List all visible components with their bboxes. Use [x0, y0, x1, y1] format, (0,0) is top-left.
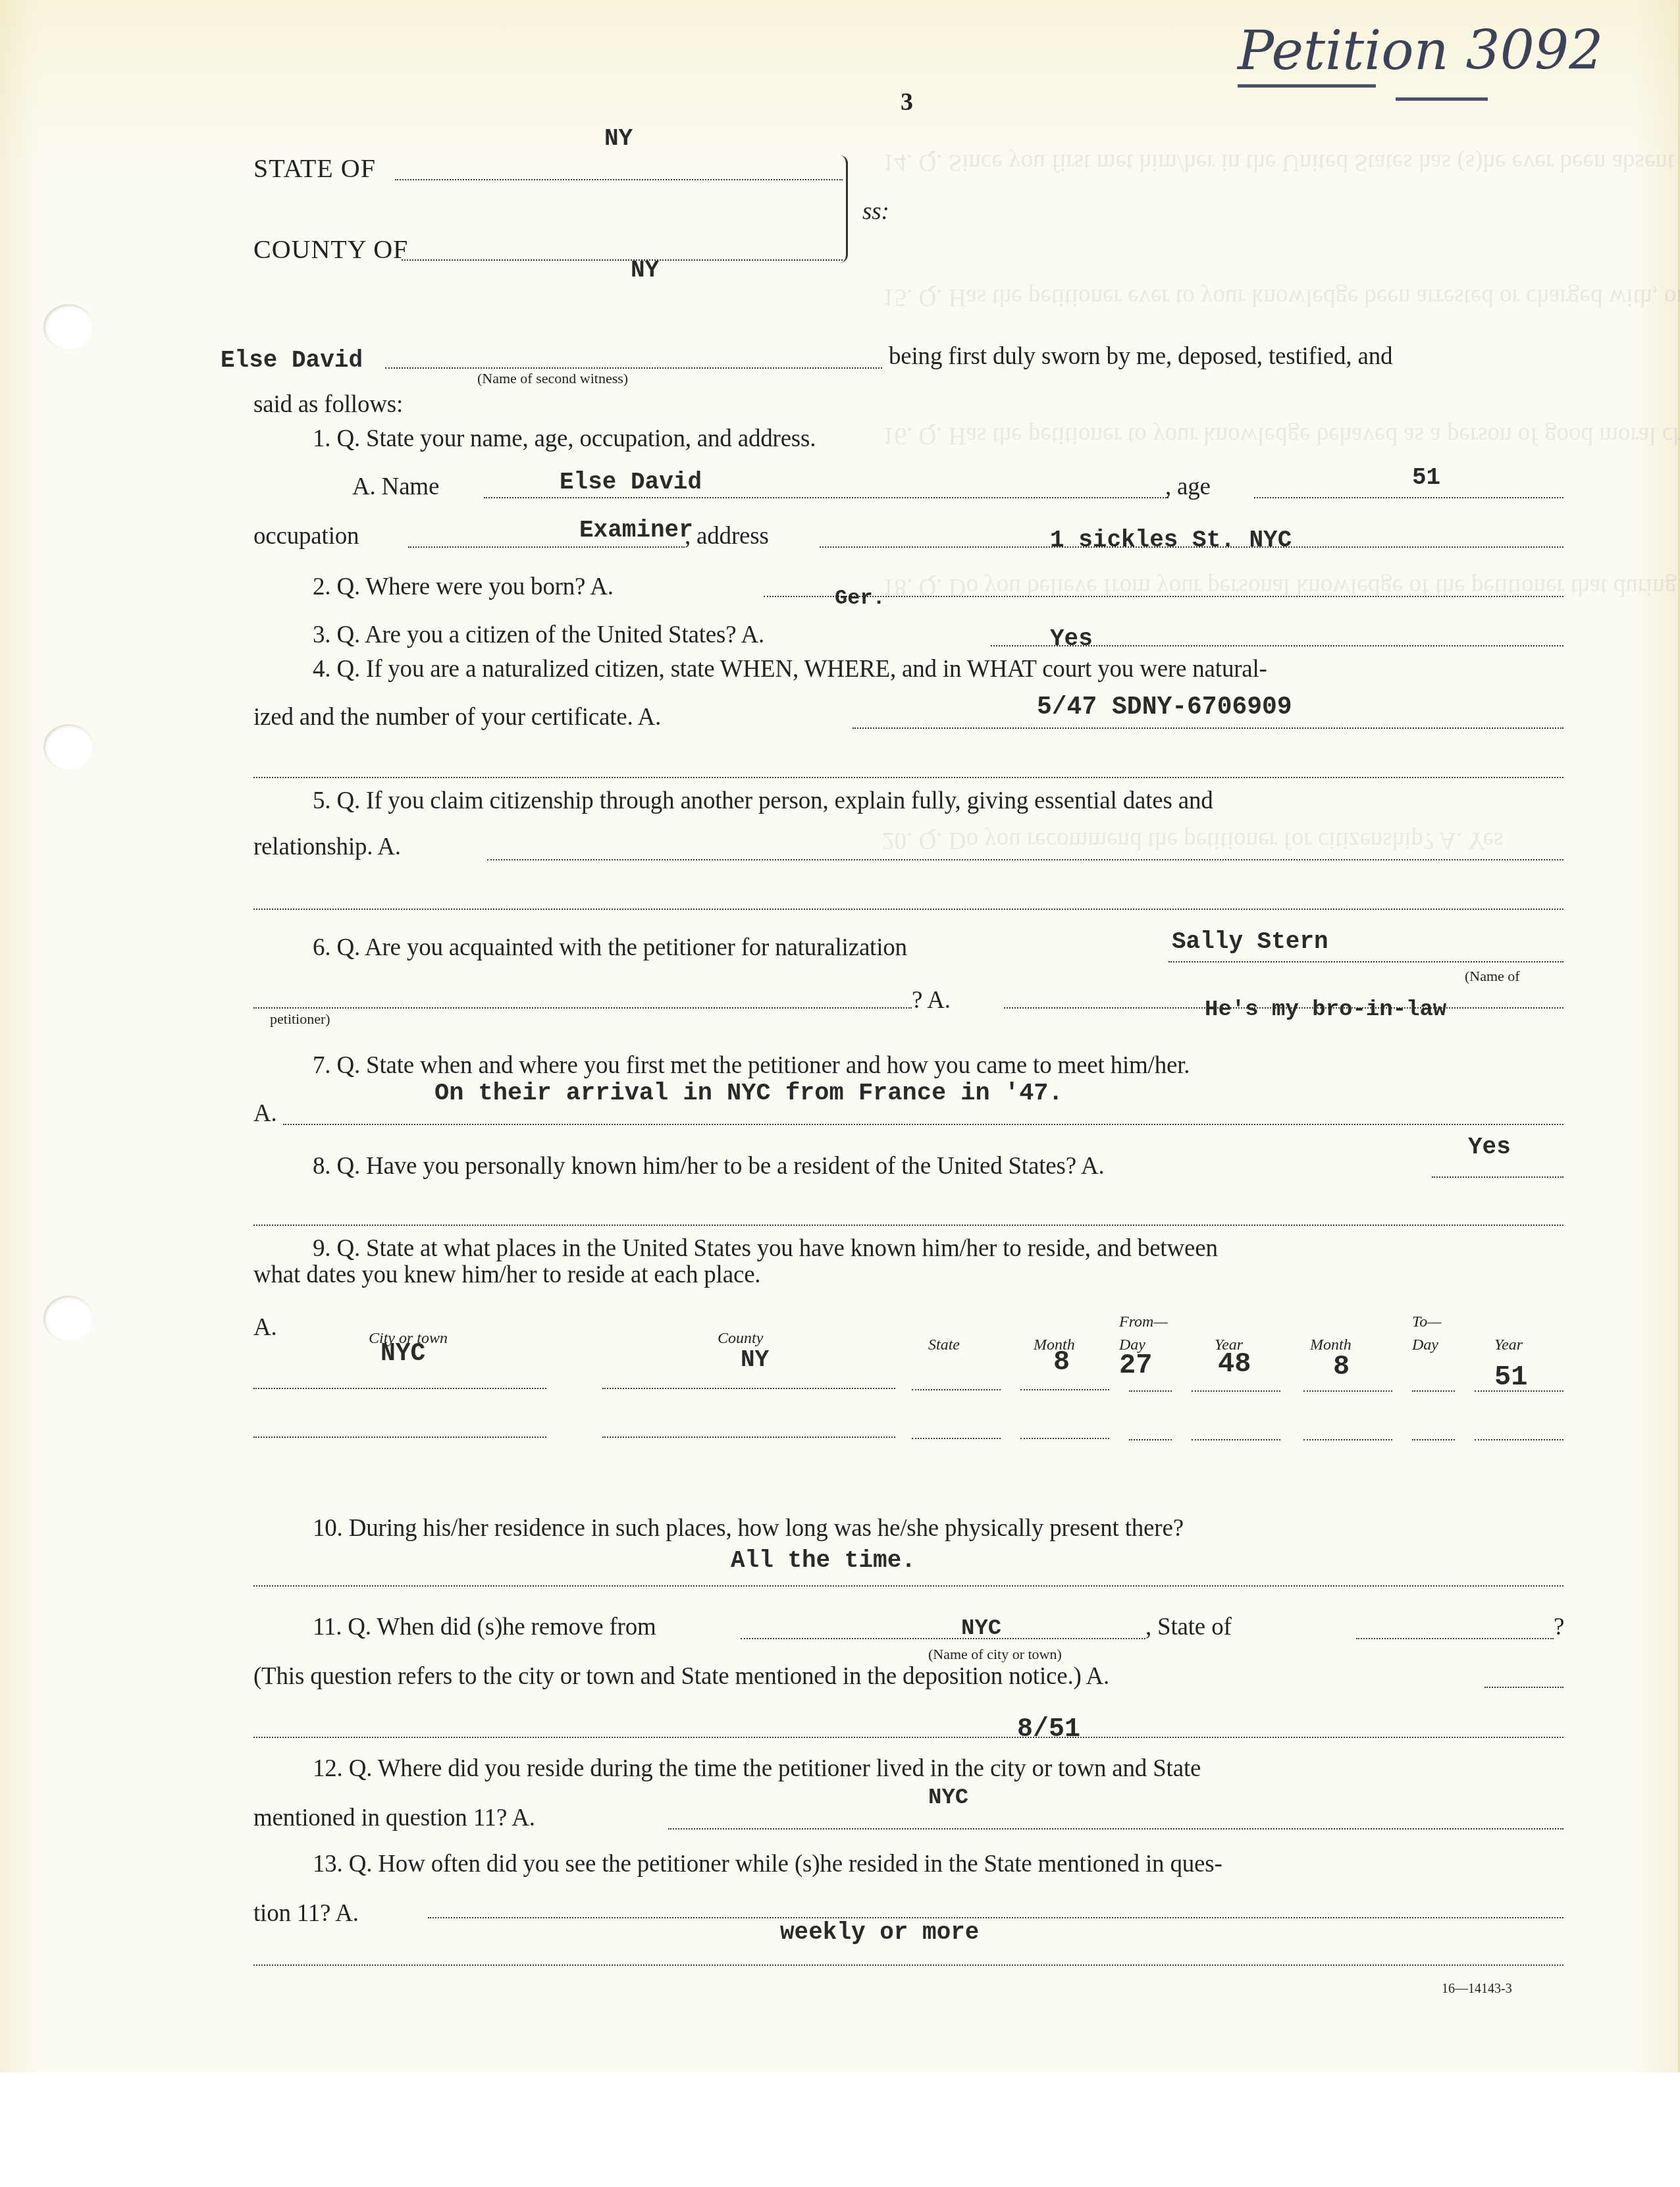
q8-answer[interactable]: Yes [1468, 1134, 1511, 1161]
q13-answer-field[interactable] [428, 1917, 1563, 1918]
q1-text: 1. Q. State your name, age, occupation, … [313, 425, 816, 453]
row1-from-year-field[interactable] [1192, 1390, 1280, 1392]
row1-from-month-field[interactable] [1020, 1389, 1109, 1390]
row2-to-month-field[interactable] [1303, 1439, 1392, 1440]
row1-state-field[interactable] [912, 1389, 1001, 1390]
q1-age-value[interactable]: 51 [1412, 464, 1440, 491]
q4-text-line2: ized and the number of your certificate.… [253, 703, 661, 731]
q9-to-label: To— [1412, 1313, 1441, 1331]
row2-city-field[interactable] [253, 1436, 546, 1438]
q1-age-label: , age [1165, 473, 1211, 501]
q10-answer[interactable]: All the time. [731, 1547, 916, 1574]
venue-brace [829, 155, 848, 263]
handwritten-petition-number: Petition 3092 [1238, 20, 1603, 82]
q9-text-line1: 9. Q. State at what places in the United… [313, 1234, 1218, 1263]
row2-state-field[interactable] [912, 1438, 1001, 1439]
q4-answer-field[interactable] [853, 727, 1563, 729]
q1-address-label: , address [685, 522, 769, 550]
q2-answer[interactable]: Ger. [835, 586, 885, 610]
q6-petitioner-field[interactable] [1168, 961, 1563, 962]
punch-hole [43, 724, 93, 770]
cell-from-year[interactable]: 48 [1218, 1348, 1251, 1380]
page-number: 3 [901, 88, 913, 117]
cell-from-day[interactable]: 27 [1119, 1350, 1152, 1381]
state-value[interactable]: NY [604, 125, 633, 152]
row1-county-field[interactable] [602, 1388, 895, 1389]
q13-continuation-field[interactable] [253, 1964, 1563, 1966]
q11-city-value[interactable]: NYC [961, 1616, 1001, 1641]
q12-text-line2: mentioned in question 11? A. [253, 1804, 535, 1832]
q6-answer[interactable]: He's my bro-in-law [1205, 997, 1446, 1022]
county-label: COUNTY OF [253, 234, 408, 265]
q5-answer-field[interactable] [487, 859, 1563, 860]
q7-text: 7. Q. State when and where you first met… [313, 1051, 1190, 1080]
q1-address-value[interactable]: 1 sickles St. NYC [1050, 527, 1292, 554]
q11-note: (This question refers to the city or tow… [253, 1662, 1109, 1691]
row1-to-year-field[interactable] [1475, 1390, 1563, 1392]
row2-county-field[interactable] [602, 1436, 895, 1438]
q6-caption-b: petitioner) [270, 1011, 330, 1028]
q12-text-line1: 12. Q. Where did you reside during the t… [313, 1754, 1201, 1783]
q6-text: 6. Q. Are you acquainted with the petiti… [313, 934, 907, 962]
state-label: STATE OF [253, 153, 376, 184]
q5-text-line2: relationship. A. [253, 833, 401, 861]
col-header-state: State [928, 1336, 960, 1354]
q12-answer-field[interactable] [668, 1828, 1563, 1830]
row2-from-year-field[interactable] [1192, 1439, 1280, 1440]
q11-state-field[interactable] [1356, 1638, 1554, 1639]
q7-answer-field[interactable] [283, 1124, 1563, 1125]
bleed-through-text: 20. Q. Do you recommend the petitioner f… [882, 826, 1503, 855]
q6-caption-a: (Name of [1465, 968, 1520, 985]
cell-city[interactable]: NYC [381, 1340, 425, 1368]
q11-city-field[interactable] [741, 1638, 1145, 1639]
q5-continuation-field[interactable] [253, 909, 1563, 910]
row1-from-day-field[interactable] [1129, 1390, 1172, 1392]
q6-qmark: ? A. [912, 986, 951, 1014]
form-number: 16—14143-3 [1442, 1982, 1512, 1997]
q1-name-field[interactable] [484, 497, 1168, 498]
q11-answer-field[interactable] [253, 1737, 1563, 1738]
sworn-statement-text: being first duly sworn by me, deposed, t… [889, 342, 1392, 371]
row2-from-day-field[interactable] [1129, 1439, 1172, 1440]
col-header-to-year: Year [1494, 1336, 1523, 1354]
q12-answer[interactable]: NYC [928, 1785, 968, 1810]
q8-answer-field[interactable] [1432, 1176, 1563, 1178]
q13-text-line1: 13. Q. How often did you see the petitio… [313, 1850, 1222, 1878]
q4-text-line1: 4. Q. If you are a naturalized citizen, … [313, 655, 1267, 683]
q11-city-caption: (Name of city or town) [928, 1646, 1062, 1663]
q5-text-line1: 5. Q. If you claim citizenship through a… [313, 787, 1213, 815]
handwritten-underline [1238, 84, 1376, 88]
cell-to-year[interactable]: 51 [1494, 1361, 1527, 1393]
row2-to-day-field[interactable] [1412, 1439, 1455, 1440]
q6-petitioner-value[interactable]: Sally Stern [1172, 928, 1328, 955]
row2-from-month-field[interactable] [1020, 1438, 1109, 1439]
q7-a-label: A. [253, 1099, 277, 1128]
cell-from-month[interactable]: 8 [1053, 1346, 1070, 1378]
row2-to-year-field[interactable] [1475, 1439, 1563, 1440]
county-value[interactable]: NY [631, 257, 659, 284]
q7-answer[interactable]: On their arrival in NYC from France in '… [434, 1080, 1063, 1107]
col-header-county: County [718, 1330, 763, 1348]
state-field[interactable] [395, 179, 843, 180]
handwritten-underline [1396, 97, 1488, 101]
witness-name-caption: (Name of second witness) [477, 370, 628, 387]
q9-text-line2: what dates you knew him/her to reside at… [253, 1261, 760, 1289]
q1-name-value[interactable]: Else David [560, 469, 702, 496]
county-field[interactable] [402, 259, 843, 261]
said-as-follows-text: said as follows: [253, 390, 403, 419]
q13-answer[interactable]: weekly or more [780, 1919, 979, 1946]
bleed-through-text: 16. Q. Has the petitioner to your knowle… [882, 421, 1680, 450]
q4-answer[interactable]: 5/47 SDNY-6706909 [1037, 693, 1292, 722]
cell-to-month[interactable]: 8 [1333, 1351, 1350, 1383]
bleed-through-text: 15. Q. Has the petitioner ever to your k… [882, 283, 1680, 311]
q4-continuation-field[interactable] [253, 777, 1563, 778]
col-header-to-day: Day [1412, 1336, 1438, 1354]
q11-qmark: ? [1554, 1613, 1564, 1641]
q2-text: 2. Q. Where were you born? A. [313, 573, 614, 601]
punch-hole [43, 304, 93, 350]
row1-to-day-field[interactable] [1412, 1390, 1455, 1392]
q3-text: 3. Q. Are you a citizen of the United St… [313, 621, 764, 649]
q10-text: 10. During his/her residence in such pla… [313, 1514, 1184, 1542]
q11-answer-field-start[interactable] [1484, 1687, 1563, 1688]
ss-label: ss: [862, 198, 889, 226]
q10-answer-field[interactable] [253, 1585, 1563, 1587]
q11-state-label: , State of [1145, 1613, 1232, 1641]
q11-text: 11. Q. When did (s)he remove from [313, 1613, 656, 1641]
row1-to-month-field[interactable] [1303, 1390, 1392, 1392]
q11-answer[interactable]: 8/51 [1017, 1715, 1080, 1745]
q8-continuation-field[interactable] [253, 1225, 1563, 1226]
document-page: 14. Q. Since you first met him/her in th… [0, 0, 1680, 2072]
punch-hole [43, 1296, 93, 1342]
q1-occupation-label: occupation [253, 522, 359, 550]
q8-text: 8. Q. Have you personally known him/her … [313, 1152, 1104, 1180]
q6-petitioner-field-continued[interactable] [253, 1007, 912, 1009]
bleed-through-text: 14. Q. Since you first met him/her in th… [882, 148, 1680, 176]
row1-city-field[interactable] [253, 1388, 546, 1389]
q9-from-label: From— [1119, 1313, 1168, 1331]
q1-occupation-value[interactable]: Examiner [579, 517, 693, 544]
q13-text-line2: tion 11? A. [253, 1899, 359, 1928]
q9-a-label: A. [253, 1313, 277, 1342]
q1-occupation-field[interactable] [408, 546, 685, 548]
cell-county[interactable]: NY [741, 1346, 769, 1373]
q3-answer[interactable]: Yes [1050, 625, 1093, 652]
q1-age-field[interactable] [1254, 497, 1563, 498]
q1-name-label: A. Name [352, 473, 439, 501]
witness-name-value[interactable]: Else David [221, 347, 363, 374]
witness-name-field[interactable] [385, 367, 882, 369]
